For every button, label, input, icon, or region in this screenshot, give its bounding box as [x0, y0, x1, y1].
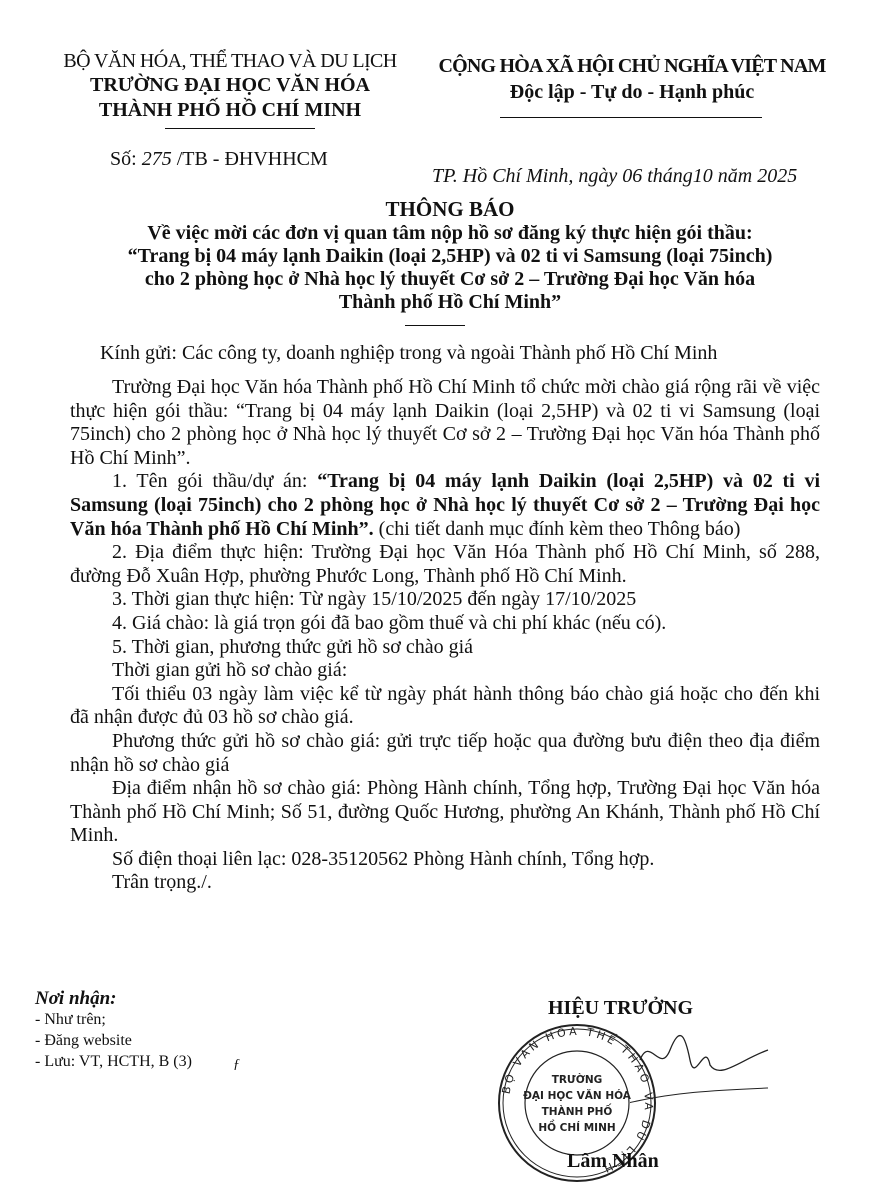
- doc-number-handwritten: 275: [142, 148, 172, 170]
- item-price: 4. Giá chào: là giá trọn gói đã bao gồm …: [70, 612, 820, 636]
- date-prefix: TP. Hồ Chí Minh, ngày: [432, 165, 617, 187]
- item-submission: 5. Thời gian, phương thức gửi hồ sơ chào…: [70, 636, 820, 660]
- agency-underline: [165, 128, 315, 129]
- doc-number-prefix: Số:: [110, 148, 137, 170]
- signer-name: Lâm Nhân: [567, 1150, 659, 1173]
- receivers-heading: Nơi nhận:: [35, 988, 192, 1009]
- receivers-block: Nơi nhận: - Như trên; - Đăng website - L…: [35, 988, 192, 1072]
- title-underline: [405, 325, 465, 326]
- item1-label: 1. Tên gói thầu/dự án:: [112, 470, 317, 492]
- receiver-item: - Như trên;: [35, 1009, 192, 1030]
- submission-method: Phương thức gửi hồ sơ chào giá: gửi trực…: [70, 730, 820, 777]
- document-number: Số: 275 /TB - ĐHVHHCM: [110, 148, 328, 171]
- intro-paragraph: Trường Đại học Văn hóa Thành phố Hồ Chí …: [70, 376, 820, 470]
- date-month: 10: [693, 165, 713, 187]
- date-year: năm 2025: [718, 165, 797, 187]
- date-month-label: tháng: [647, 165, 693, 187]
- item1-note: (chi tiết danh mục đính kèm theo Thông b…: [374, 518, 741, 540]
- document-date: TP. Hồ Chí Minh, ngày 06 tháng10 năm 202…: [432, 165, 797, 188]
- school-name-line2: THÀNH PHỐ HỒ CHÍ MINH: [40, 98, 420, 123]
- school-name-line1: TRƯỜNG ĐẠI HỌC VĂN HÓA: [40, 73, 420, 98]
- svg-text:THÀNH PHỐ: THÀNH PHỐ: [542, 1103, 613, 1118]
- date-day: 06: [622, 165, 642, 187]
- national-motto: Độc lập - Tự do - Hạnh phúc: [422, 78, 842, 106]
- country-name: CỘNG HÒA XÃ HỘI CHỦ NGHĨA VIỆT NAM: [422, 55, 842, 78]
- svg-text:TRƯỜNG: TRƯỜNG: [552, 1073, 603, 1086]
- motto-underline: [500, 117, 762, 118]
- recipient-line: Kính gửi: Các công ty, doanh nghiệp tron…: [100, 342, 717, 365]
- notice-subject-line: cho 2 phòng học ở Nhà học lý thuyết Cơ s…: [80, 268, 820, 291]
- doc-number-suffix: /TB - ĐHVHHCM: [177, 148, 328, 170]
- ministry-name: BỘ VĂN HÓA, THỂ THAO VÀ DU LỊCH: [40, 50, 420, 73]
- receiver-item: - Đăng website: [35, 1030, 192, 1051]
- svg-text:ĐẠI HỌC VĂN HÓA: ĐẠI HỌC VĂN HÓA: [523, 1089, 632, 1102]
- notice-subject-line: Về việc mời các đơn vị quan tâm nộp hồ s…: [80, 222, 820, 245]
- submission-place: Địa điểm nhận hồ sơ chào giá: Phòng Hành…: [70, 777, 820, 848]
- item-duration: 3. Thời gian thực hiện: Từ ngày 15/10/20…: [70, 588, 820, 612]
- notice-body: Trường Đại học Văn hóa Thành phố Hồ Chí …: [70, 376, 820, 895]
- submission-time-label: Thời gian gửi hồ sơ chào giá:: [70, 659, 820, 683]
- closing-line: Trân trọng./.: [70, 871, 820, 895]
- item-package-name: 1. Tên gói thầu/dự án: “Trang bị 04 máy …: [70, 470, 820, 541]
- receiver-item: - Lưu: VT, HCTH, B (3): [35, 1051, 192, 1072]
- national-title-block: CỘNG HÒA XÃ HỘI CHỦ NGHĨA VIỆT NAM Độc l…: [422, 55, 842, 106]
- issuing-agency-block: BỘ VĂN HÓA, THỂ THAO VÀ DU LỊCH TRƯỜNG Đ…: [40, 50, 420, 123]
- notice-title-block: THÔNG BÁO Về việc mời các đơn vị quan tâ…: [80, 196, 820, 314]
- notice-subject-line: “Trang bị 04 máy lạnh Daikin (loại 2,5HP…: [80, 245, 820, 268]
- submission-time: Tối thiểu 03 ngày làm việc kể từ ngày ph…: [70, 683, 820, 730]
- notice-subject-line: Thành phố Hồ Chí Minh”: [80, 291, 820, 314]
- signature-icon: [630, 1030, 770, 1110]
- item-location: 2. Địa điểm thực hiện: Trường Đại học Vă…: [70, 541, 820, 588]
- svg-text:HỒ CHÍ MINH: HỒ CHÍ MINH: [538, 1119, 615, 1134]
- notice-heading: THÔNG BÁO: [80, 196, 820, 222]
- contact-phone: Số điện thoại liên lạc: 028-35120562 Phò…: [70, 848, 820, 872]
- initials-mark: ƒ: [233, 1057, 240, 1073]
